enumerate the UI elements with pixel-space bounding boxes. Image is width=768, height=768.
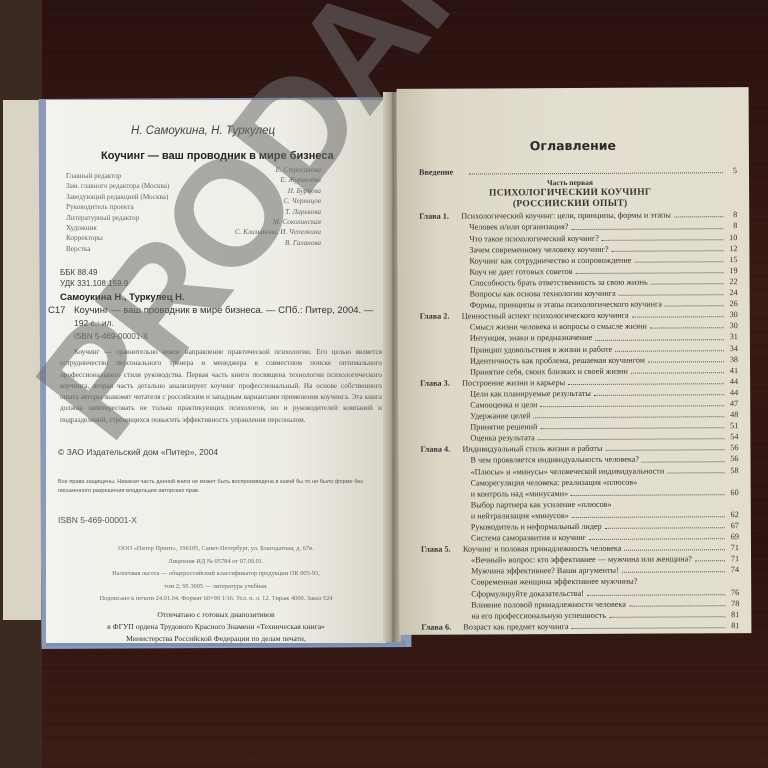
staff-name: Н. Бурцева <box>288 187 321 195</box>
bibliographic-pages: 192 с.: ил. <box>74 318 114 328</box>
toc-entry-text: Мужчина эффективнее? Ваши аргументы! <box>471 565 619 577</box>
toc-entry-text: Принцип удовольствия в жизни и работе <box>470 343 612 355</box>
staff-name: С. Климанова, И. Чепелкина <box>235 228 321 236</box>
leader-dots <box>619 294 724 296</box>
toc-page: 44 <box>730 387 738 398</box>
toc-page: 15 <box>729 254 737 265</box>
staff-role: Верстка <box>66 245 90 253</box>
toc-entry-text: Коучинг как сотрудничество и сопровожден… <box>469 254 631 266</box>
toc-entry-text: Смысл жизни человека и вопросы о смысле … <box>470 321 647 333</box>
bibliographic-code: С17 <box>48 305 65 316</box>
rights-notice: Все права защищены. Никакая часть данной… <box>58 478 386 496</box>
toc-entry-text: Вопросы как основа технологии коучинга <box>470 288 616 300</box>
toc-entry-text: Что такое психологический коучинг? <box>469 232 599 244</box>
bibliographic-line: Коучинг — ваш проводник в мире бизнеса. … <box>74 305 373 316</box>
toc-intro-label: Введение <box>419 167 453 178</box>
leader-dots <box>533 416 724 418</box>
leader-dots <box>576 272 724 274</box>
leader-dots <box>605 527 725 529</box>
staff-role: Корректоры <box>66 234 103 242</box>
staff-role: Литературный редактор <box>66 214 139 222</box>
leader-dots <box>674 217 723 218</box>
toc-entry-text: Способность брать ответственность за сво… <box>470 277 648 289</box>
leader-dots <box>615 350 724 352</box>
leader-dots <box>540 405 724 407</box>
right-page: Оглавление Введение5Часть перваяПСИХОЛОГ… <box>397 87 752 635</box>
toc-chapter-label: Глава 2. <box>420 311 450 322</box>
toc-entry-text: Идентичность как проблема, решаемая коуч… <box>470 354 645 366</box>
toc-page: 69 <box>731 531 739 542</box>
imprint-line: ООО «Питер Принт», 196105, Санкт-Петербу… <box>46 545 386 552</box>
annotation: Коучинг — сравнительно новое направление… <box>60 347 382 426</box>
leader-dots <box>624 549 725 551</box>
leader-dots <box>589 538 725 540</box>
staff-role: Заведующий редакцией (Москва) <box>66 193 168 201</box>
leader-dots <box>650 328 724 329</box>
toc-chapter-label: Глава 4. <box>420 444 450 455</box>
leader-dots <box>609 616 725 618</box>
toc-page: 41 <box>730 365 738 376</box>
staff-name: М. Соколинская <box>273 218 321 226</box>
toc-entry-text: Принятие решений <box>470 421 537 432</box>
toc-page: 30 <box>730 320 738 331</box>
toc-page: 47 <box>730 398 738 409</box>
bbk-code: ББК 88.49 <box>60 268 97 277</box>
staff-row: ХудожникМ. Соколинская <box>66 224 366 234</box>
toc-page: 71 <box>731 542 739 553</box>
imprint-line: Налоговая льгота — общероссийский класси… <box>46 570 386 577</box>
staff-name: С. Черницов <box>283 197 321 205</box>
leader-dots <box>537 439 724 441</box>
toc-entry-text: Коучинг и половая принадлежность человек… <box>463 543 621 555</box>
leader-dots <box>622 572 725 574</box>
staff-row: ВерсткаВ. Галанова <box>66 245 366 255</box>
staff-role: Художник <box>66 224 97 232</box>
toc-entry-text: Влияние половой принадлежности человека <box>471 598 626 610</box>
toc-title: Оглавление <box>397 137 749 154</box>
isbn: ISBN 5-469-00001-X <box>74 332 148 341</box>
staff-list: Главный редакторЕ. СтрогановаЗам. главно… <box>66 172 366 255</box>
toc-page: 19 <box>729 265 737 276</box>
staff-row: Заведующий редакцией (Москва)Н. Бурцева <box>66 193 366 203</box>
toc-page: 30 <box>730 309 738 320</box>
print-line: Отпечатано с готовых диапозитивов <box>46 610 386 619</box>
leader-dots <box>595 339 724 341</box>
toc-page: 71 <box>731 553 739 564</box>
staff-row: Главный редакторЕ. Строганова <box>66 172 366 182</box>
toc-entry-text: Удержание целей <box>470 410 530 421</box>
leader-dots <box>629 605 725 607</box>
toc-page: 38 <box>730 354 738 365</box>
toc-page: 76 <box>731 587 739 598</box>
toc-page: 51 <box>730 420 738 431</box>
leader-dots <box>634 261 723 262</box>
toc-chapter-label: Глава 5. <box>421 544 451 555</box>
left-page: Н. Самоукина, Н. Туркулец Коучинг — ваш … <box>46 100 386 643</box>
staff-role: Зам. главного редактора (Москва) <box>66 182 169 190</box>
toc-entry-text: В чем проявляется индивидуальность челов… <box>470 454 639 466</box>
toc-page: 81 <box>731 609 739 620</box>
leader-dots <box>648 361 724 362</box>
toc-entry-text: Руководитель и неформальный лидер <box>471 521 602 533</box>
staff-name: Е. Строганова <box>276 166 321 174</box>
paper-strip <box>3 100 41 620</box>
toc-page: 5 <box>733 165 737 176</box>
book-title: Коучинг — ваш проводник в мире бизнеса <box>101 150 334 162</box>
toc-entry-text: Цели как планируемые результаты <box>470 388 591 400</box>
toc-chapter-label: Глава 6. <box>421 621 451 632</box>
leader-dots <box>605 450 724 452</box>
copyright: © ЗАО Издательский дом «Питер», 2004 <box>58 447 218 457</box>
toc-page: 24 <box>729 287 737 298</box>
toc-entry-text: Сформулируйте доказательства! <box>471 588 584 600</box>
toc-entry-text: Человек и/или организация? <box>469 221 568 233</box>
toc-entry-text: Интуиция, знаки и предназначение <box>470 332 592 344</box>
staff-name: Т. Ларькова <box>285 208 321 216</box>
toc-entry-text: Коуч не дает готовых советов <box>470 266 573 278</box>
toc-entry-text: Оценка результата <box>470 432 534 443</box>
imprint-line: том 2; 95 3005 — литература учебная. <box>46 583 386 590</box>
udk-code: УДК 331.108:159.9 <box>60 279 128 288</box>
toc-page: 62 <box>731 509 739 520</box>
leader-dots <box>572 516 725 518</box>
leader-dots <box>594 394 724 396</box>
toc-entry-text: Зачем современному человеку коучинг? <box>469 243 608 255</box>
staff-name: Е. Журавлёва <box>280 176 321 184</box>
leader-dots <box>601 239 723 241</box>
toc-page: 44 <box>730 376 738 387</box>
leader-dots <box>469 172 723 174</box>
toc-page: 10 <box>729 232 737 243</box>
toc-page: 31 <box>730 332 738 343</box>
staff-name: В. Галанова <box>285 239 321 247</box>
leader-dots <box>540 427 724 429</box>
toc-page: 48 <box>730 409 738 420</box>
leader-dots <box>571 627 725 629</box>
toc-page: 67 <box>731 520 739 531</box>
toc-page: 12 <box>729 243 737 254</box>
toc-page: 26 <box>729 298 737 309</box>
left-edge-board <box>0 0 42 768</box>
toc-entry-text: Выбор партнера как усиление «плюсов» <box>471 499 612 511</box>
toc-entry-text: и контроль над «минусами» <box>471 488 569 500</box>
authors: Н. Самоукина, Н. Туркулец <box>131 125 275 137</box>
toc-page: 58 <box>730 465 738 476</box>
toc-page: 8 <box>733 221 737 232</box>
staff-row: Руководитель проектаС. Черницов <box>66 203 366 213</box>
toc-entry-text: Современная женщина эффективнее мужчины? <box>471 576 637 588</box>
leader-dots <box>587 594 725 596</box>
toc-page: 60 <box>730 487 738 498</box>
toc-page: 78 <box>731 598 739 609</box>
staff-row: КорректорыС. Климанова, И. Чепелкина <box>66 234 366 244</box>
leader-dots <box>631 372 724 373</box>
toc-entry-text: Возраст как предмет коучинга <box>463 621 568 633</box>
leader-dots <box>695 561 725 562</box>
toc-page: 22 <box>729 276 737 287</box>
leader-dots <box>668 472 725 473</box>
toc-entry-text: Построение жизни и карьеры <box>462 377 565 389</box>
bibliographic-authors: Самоукина Н., Туркулец Н. <box>60 292 185 303</box>
staff-row: Литературный редакторТ. Ларькова <box>66 214 366 224</box>
imprint-line: Лицензия ИД № 05784 от 07.09.01. <box>46 558 386 565</box>
toc-entry-text: на его профессиональную успешность <box>471 610 606 622</box>
print-line: в ФГУП ордена Трудового Красного Знамени… <box>46 622 386 631</box>
staff-row: Зам. главного редактора (Москва)Е. Журав… <box>66 182 366 192</box>
leader-dots <box>571 228 723 230</box>
leader-dots <box>665 305 724 306</box>
leader-dots <box>642 461 725 462</box>
toc-entry-text: Принятие себя, своих близких и своей жиз… <box>470 365 628 377</box>
leader-dots <box>611 250 723 252</box>
toc-page: 8 <box>733 210 737 221</box>
toc-page: 34 <box>730 343 738 354</box>
toc-chapter-label: Глава 3. <box>420 377 450 388</box>
print-line: Министерства Российской Федерации по дел… <box>46 634 386 643</box>
toc-entry-text: и нейтрализация «минусов» <box>471 510 569 522</box>
toc-page: 74 <box>731 565 739 576</box>
toc-entry-text: Саморегуляция человека: реализация «плюс… <box>471 476 638 488</box>
leader-dots <box>568 383 724 385</box>
toc-page: 54 <box>730 431 738 442</box>
imprint-line: Подписано к печати 24.01.04. Формат 60×9… <box>46 595 386 602</box>
staff-role: Руководитель проекта <box>66 203 134 211</box>
toc-page: 81 <box>731 620 739 631</box>
toc-entry-text: Система саморазвития и коучинг <box>471 532 586 544</box>
leader-dots <box>651 283 724 284</box>
toc-chapter-label: Глава 1. <box>419 211 449 222</box>
leader-dots <box>571 494 725 496</box>
toc-entry-text: Самооценка и цели <box>470 399 537 410</box>
leader-dots <box>632 317 724 318</box>
isbn-bottom: ISBN 5-469-00001-X <box>58 515 137 525</box>
toc-entry-text: Ценностный аспект психологического коучи… <box>462 310 629 322</box>
staff-role: Главный редактор <box>66 172 121 180</box>
toc-entry-text: Индивидуальный стиль жизни и работы <box>462 443 602 455</box>
toc-page: 56 <box>730 454 738 465</box>
table-of-contents: Введение5Часть перваяПСИХОЛОГИЧЕСКИЙ КОУ… <box>419 165 740 635</box>
toc-page: 56 <box>730 442 738 453</box>
